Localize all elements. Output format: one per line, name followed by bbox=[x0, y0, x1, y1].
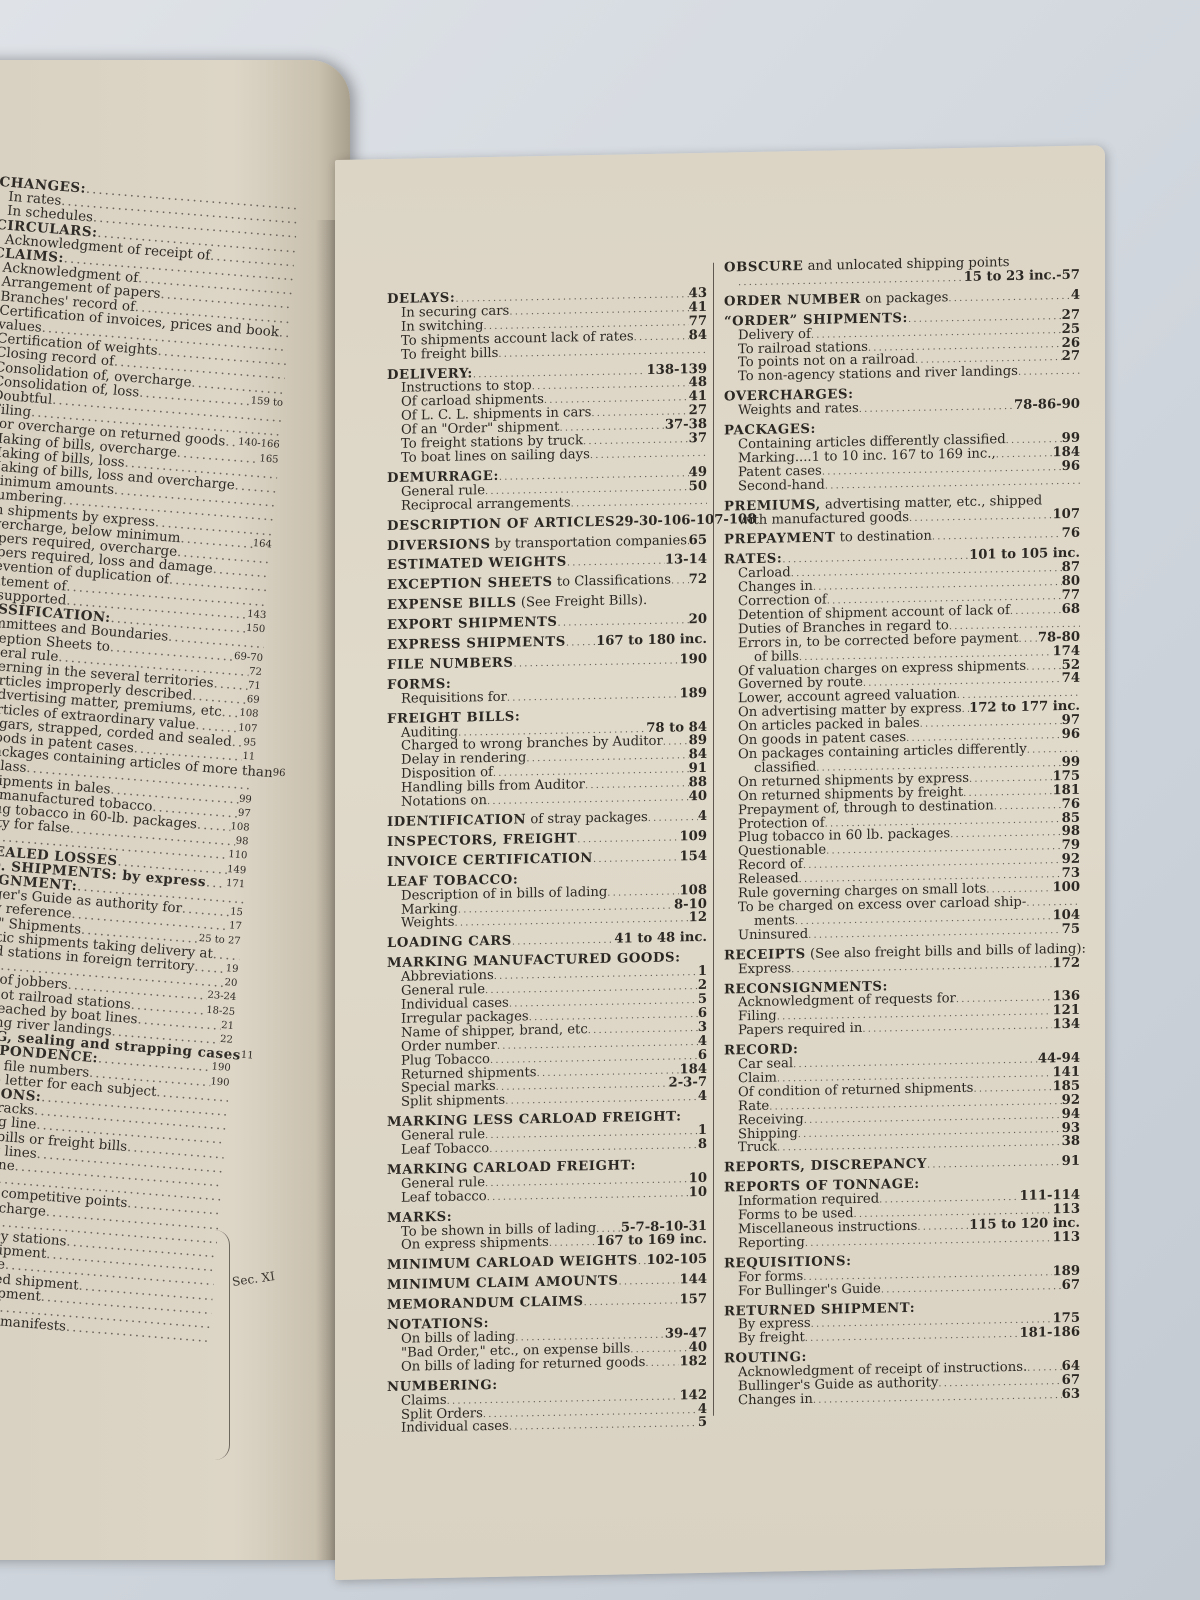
page-ref: 154 bbox=[679, 851, 707, 864]
index-entry: REPORTS, DISCREPANCY 91 bbox=[724, 1156, 1080, 1177]
page-ref: 6 bbox=[698, 1049, 707, 1062]
leader-dots bbox=[509, 1418, 698, 1435]
leader-dots bbox=[205, 875, 226, 891]
page-ref: 69 bbox=[246, 693, 260, 708]
leader-dots bbox=[645, 1357, 679, 1371]
leader-dots bbox=[225, 435, 239, 450]
subentry-text: Second-hand bbox=[738, 479, 825, 494]
index-entry: FORMS: Requisitions for 189 bbox=[387, 674, 707, 708]
index-entry: RECORD: Car seal 44-94 Claim 141 Of cond… bbox=[724, 1039, 1080, 1157]
index-heading-row: INVOICE CERTIFICATION 154 bbox=[387, 851, 707, 871]
page-ref: 27 bbox=[1062, 309, 1080, 322]
index-entry: PACKAGES: Containing articles differentl… bbox=[724, 419, 1080, 495]
leader-dots bbox=[607, 886, 679, 900]
leader-dots bbox=[927, 1157, 1062, 1172]
index-heading: INSPECTORS, FREIGHT bbox=[387, 831, 577, 850]
page-ref: 189 bbox=[679, 688, 707, 701]
subentry-list: Auditing 78 to 84 Charged to wrong branc… bbox=[387, 721, 707, 811]
page-ref: 149 bbox=[227, 863, 247, 879]
leader-dots bbox=[489, 1140, 698, 1157]
page-ref: 41 to 48 inc. bbox=[614, 932, 707, 947]
index-entry: RETURNED SHIPMENT: By express 175 By fre… bbox=[724, 1299, 1080, 1348]
index-entry: INSPECTORS, FREIGHT 109 bbox=[387, 831, 707, 851]
page-ref: 143 bbox=[247, 608, 267, 624]
leader-dots bbox=[917, 1221, 969, 1235]
leader-dots bbox=[879, 1192, 1019, 1208]
index-heading-row: EXPENSE BILLS (See Freight Bills). bbox=[387, 594, 707, 614]
index-heading-row: INSPECTORS, FREIGHT 109 bbox=[387, 831, 707, 851]
page-ref: 8 bbox=[698, 1139, 707, 1152]
index-heading: EXPRESS SHIPMENTS bbox=[387, 635, 566, 653]
page-ref: 76 bbox=[1062, 798, 1080, 811]
index-entry: OBSCURE and unlocated shipping points 15… bbox=[724, 256, 1080, 291]
page-ref: 76 bbox=[1062, 528, 1080, 541]
subentry-list: Instructions to stop 48 Of carload shipm… bbox=[387, 377, 707, 467]
page-ref: 171 bbox=[225, 877, 245, 893]
index-entry: EXPRESS SHIPMENTS 167 to 180 inc. bbox=[387, 634, 707, 654]
leader-dots bbox=[962, 704, 969, 717]
subentry-text: To non-agency stations and river landing… bbox=[738, 366, 1018, 384]
leader-dots bbox=[813, 1390, 1062, 1408]
page-ref: 172 bbox=[1052, 957, 1080, 970]
index-subentry: On express shipments 167 to 169 inc. bbox=[387, 1234, 707, 1254]
page-ref: 71 bbox=[247, 679, 261, 694]
page-ref: 167 to 180 inc. bbox=[596, 634, 707, 649]
index-entry: MEMORANDUM CLAIMS 157 bbox=[387, 1294, 707, 1314]
leader-dots bbox=[948, 291, 1070, 306]
page-ref: 95 bbox=[243, 736, 257, 751]
index-entry: MARKING LESS CARLOAD FREIGHT: General ru… bbox=[387, 1111, 707, 1159]
index-subentry: To boat lines on sailing days bbox=[387, 447, 707, 467]
index-heading-qualifier: on packages bbox=[861, 290, 948, 307]
subentry-list: Car seal 44-94 Claim 141 Of condition of… bbox=[724, 1053, 1080, 1157]
page-ref: 27 bbox=[1062, 351, 1080, 364]
subentry-list: On bills of lading 39-47 "Bad Order," et… bbox=[387, 1328, 707, 1376]
index-subentry: Notations on 40 bbox=[387, 791, 707, 811]
index-entry: INVOICE CERTIFICATION 154 bbox=[387, 851, 707, 871]
leader-dots bbox=[1018, 366, 1080, 380]
page-ref: 100 bbox=[1052, 882, 1080, 895]
page-ref: 25 bbox=[1062, 323, 1080, 336]
page-ref: 75 bbox=[1062, 923, 1080, 936]
page-ref: 10 bbox=[689, 1187, 707, 1200]
leader-dots bbox=[571, 496, 707, 512]
subentry-text: To boat lines on sailing days bbox=[401, 449, 590, 466]
page-ref: 20 bbox=[689, 614, 707, 627]
subentry-list: Claims 142 Split Orders 4 Individual cas… bbox=[387, 1389, 707, 1437]
subentry-text: On bills of lading for returned goods bbox=[401, 1357, 645, 1375]
page-ref: 5 bbox=[698, 1417, 707, 1430]
leader-dots bbox=[593, 852, 680, 867]
index-heading-row: MINIMUM CLAIM AMOUNTS 144 bbox=[387, 1274, 707, 1294]
page-ref: 98 bbox=[235, 835, 249, 850]
leader-dots bbox=[278, 325, 289, 340]
subentry-text: By freight bbox=[738, 1332, 805, 1346]
index-entry: OVERCHARGES: Weights and rates 78-86-90 bbox=[724, 385, 1080, 420]
leader-dots bbox=[549, 1237, 596, 1251]
page-ref: 107 bbox=[1052, 508, 1080, 521]
page-ref: 134 bbox=[1052, 1019, 1080, 1032]
subentry-text: Express bbox=[738, 963, 791, 977]
page-ref: 109 bbox=[679, 831, 707, 844]
leader-dots bbox=[590, 448, 707, 463]
subentry-list: Acknowledgment of receipt of instruction… bbox=[724, 1361, 1080, 1410]
page-ref: 190 bbox=[211, 1061, 231, 1077]
index-entry: MARKING CARLOAD FREIGHT: General rule 10… bbox=[387, 1159, 707, 1207]
subentry-text: with manufactured goods bbox=[738, 511, 909, 527]
page-ref: 15 bbox=[230, 906, 244, 921]
leader-dots bbox=[1027, 1362, 1061, 1376]
subentry-list: Description of in bills of lading 108 Ma… bbox=[387, 884, 707, 932]
subentry-list: Requisitions for 189 bbox=[387, 688, 707, 708]
leader-dots bbox=[859, 401, 1014, 417]
leader-dots bbox=[1010, 605, 1062, 619]
subentry-text: Truck bbox=[738, 1142, 777, 1156]
index-heading: ESTIMATED WEIGHTS bbox=[387, 555, 567, 573]
leader-dots bbox=[558, 615, 689, 630]
page-ref: 4 bbox=[698, 811, 707, 824]
index-entry: LOADING CARS 41 to 48 inc. bbox=[387, 932, 707, 952]
index-heading: MINIMUM CLAIM AMOUNTS bbox=[387, 1274, 618, 1293]
page-ref: 6 bbox=[698, 1008, 707, 1021]
leader-dots bbox=[932, 529, 1062, 544]
leader-dots bbox=[648, 812, 698, 826]
index-heading-row: DIVERSIONS by transportation companies 6… bbox=[387, 534, 707, 554]
leader-dots bbox=[513, 655, 679, 671]
page-ref: 72 bbox=[248, 665, 262, 680]
bracket-mark bbox=[215, 1230, 230, 1460]
subentry-list: Weights and rates 78-86-90 bbox=[724, 399, 1080, 420]
leader-dots bbox=[512, 935, 614, 950]
page-ref: 4 bbox=[1071, 290, 1080, 303]
subentry-text: On express shipments bbox=[401, 1237, 549, 1253]
index-subentry: To freight bills bbox=[387, 343, 707, 363]
leader-dots bbox=[567, 556, 665, 571]
subentry-text: Papers required in bbox=[738, 1023, 862, 1038]
subentry-text: Reporting bbox=[738, 1237, 805, 1251]
leader-dots bbox=[738, 273, 964, 290]
index-heading: MEMORANDUM CLAIMS bbox=[387, 1294, 584, 1313]
subentry-list: In securing cars 41 In switching 77 To s… bbox=[387, 302, 707, 364]
page-ref: 110 bbox=[228, 848, 248, 864]
index-entry: FILE NUMBERS 190 bbox=[387, 654, 707, 674]
index-heading-row: ORDER NUMBER on packages 4 bbox=[724, 290, 1080, 311]
index-subentry: Reciprocal arrangements bbox=[387, 495, 707, 515]
subentry-text: Leaf Tobacco bbox=[401, 1143, 489, 1158]
index-heading-row: EXPORT SHIPMENTS 20 bbox=[387, 614, 707, 634]
index-heading: EXCEPTION SHEETS bbox=[387, 575, 553, 593]
index-entry: NOTATIONS: On bills of lading 39-47 "Bad… bbox=[387, 1314, 707, 1376]
subentry-text: Weights and rates bbox=[738, 403, 859, 418]
index-heading-row: EXPRESS SHIPMENTS 167 to 180 inc. bbox=[387, 634, 707, 654]
subentry-text: Split shipments bbox=[401, 1095, 505, 1110]
page-ref: 182 bbox=[679, 1356, 707, 1369]
index-subentry: Requisitions for 189 bbox=[387, 688, 707, 708]
index-heading: ORDER NUMBER bbox=[724, 292, 861, 310]
index-entry: ROUTING: Acknowledgment of receipt of in… bbox=[724, 1347, 1080, 1409]
page-ref: 20 bbox=[224, 976, 238, 991]
page-ref: 11 bbox=[240, 1049, 254, 1064]
index-heading-row: MEMORANDUM CLAIMS 157 bbox=[387, 1294, 707, 1314]
index-column-left: DELAYS: 43 In securing cars 41 In switch… bbox=[387, 288, 707, 1443]
index-heading-qualifier: by transportation companies bbox=[491, 533, 687, 552]
page-ref: 102-105 bbox=[646, 1254, 707, 1268]
index-entry: MINIMUM CARLOAD WEIGHTS 102-105 bbox=[387, 1254, 707, 1274]
page-ref: 15 to 23 inc.-57 bbox=[964, 270, 1080, 285]
index-heading: IDENTIFICATION bbox=[387, 812, 526, 830]
subentry-text: Uninsured bbox=[738, 929, 808, 943]
index-heading: PREPAYMENT bbox=[724, 531, 835, 548]
subentry-text: Reciprocal arrangements bbox=[401, 497, 571, 513]
leader-dots bbox=[498, 344, 707, 361]
page-ref: 157 bbox=[679, 1294, 707, 1307]
page-ref: 74 bbox=[1062, 673, 1080, 686]
left-page: CHANGES: In rates In schedules CIRCULARS… bbox=[0, 60, 350, 1560]
leader-dots bbox=[1019, 633, 1038, 646]
index-entry: MARKS: To be shown in bills of lading 5-… bbox=[387, 1207, 707, 1255]
leader-dots bbox=[507, 689, 680, 705]
subentry-list: To be shown in bills of lading 5-7-8-10-… bbox=[387, 1220, 707, 1254]
page-ref: 4 bbox=[698, 1036, 707, 1049]
index-subentry: On bills of lading for returned goods 18… bbox=[387, 1356, 707, 1376]
subentry-text: Notations on bbox=[401, 795, 487, 810]
leader-dots bbox=[805, 1329, 1020, 1346]
leader-dots bbox=[584, 1296, 680, 1311]
page-ref: 40 bbox=[689, 791, 707, 804]
leader-dots bbox=[1026, 661, 1062, 675]
index-heading: MINIMUM CARLOAD WEIGHTS bbox=[387, 1254, 638, 1274]
page-ref: 190 bbox=[679, 654, 707, 667]
page-ref: 94 bbox=[1062, 1108, 1080, 1121]
index-entry: ESTIMATED WEIGHTS 13-14 bbox=[387, 554, 707, 574]
index-entry: DESCRIPTION OF ARTICLES 29-30-106-107-10… bbox=[387, 514, 707, 534]
page-ref: 37 bbox=[689, 433, 707, 446]
page-ref: 63 bbox=[1062, 1389, 1080, 1402]
leader-dots bbox=[634, 331, 689, 345]
index-heading-row: FILE NUMBERS 190 bbox=[387, 654, 707, 674]
index-entry: NUMBERING: Claims 142 Split Orders 4 Ind… bbox=[387, 1376, 707, 1438]
index-heading: INVOICE CERTIFICATION bbox=[387, 851, 593, 870]
index-entry: MARKING MANUFACTURED GOODS: Abbreviation… bbox=[387, 952, 707, 1111]
index-heading-row: PREPAYMENT to destination 76 bbox=[724, 528, 1080, 549]
page-ref: 84 bbox=[689, 330, 707, 343]
page-ref: 142 bbox=[679, 1389, 707, 1402]
leader-dots bbox=[881, 1281, 1062, 1297]
index-heading: DIVERSIONS bbox=[387, 537, 491, 554]
page-ref: 38 bbox=[1062, 1136, 1080, 1149]
index-entry: EXPENSE BILLS (See Freight Bills). bbox=[387, 594, 707, 614]
subentry-text: Weights bbox=[401, 917, 455, 931]
page-ref: 72 bbox=[689, 574, 707, 587]
page-ref: 68 bbox=[1062, 604, 1080, 617]
page-ref: 181-186 bbox=[1019, 1327, 1080, 1341]
index-entry: DIVERSIONS by transportation companies 6… bbox=[387, 534, 707, 554]
leader-dots bbox=[577, 832, 679, 847]
leader-dots bbox=[805, 1233, 1053, 1251]
index-heading: RECEIPTS bbox=[724, 947, 806, 964]
page-ref: 108 bbox=[230, 820, 250, 836]
page-ref: 164 bbox=[252, 537, 272, 553]
index-heading-qualifier: to Classifications bbox=[553, 573, 671, 590]
leader-dots bbox=[973, 1082, 1052, 1096]
index-entry: RECONSIGNMENTS: Acknowledgment of reques… bbox=[724, 977, 1080, 1039]
index-entry: PREPAYMENT to destination 76 bbox=[724, 528, 1080, 549]
page-ref: 65 bbox=[689, 534, 707, 547]
page-ref: 92 bbox=[1062, 1094, 1080, 1107]
index-entry: DELAYS: 43 In securing cars 41 In switch… bbox=[387, 288, 707, 364]
subentry-text: For Bullinger's Guide bbox=[738, 1283, 881, 1299]
page-ref: 67 bbox=[1062, 1279, 1080, 1292]
index-entry: EXCEPTION SHEETS to Classifications 72 bbox=[387, 574, 707, 594]
subentry-list: Acknowledgment of requests for 136 Filin… bbox=[724, 991, 1080, 1040]
left-page-index: CHANGES: In rates In schedules CIRCULARS… bbox=[0, 175, 299, 1345]
index-entry: RATES: 101 to 105 inc. Carload 87 Change… bbox=[724, 548, 1080, 944]
leader-dots bbox=[862, 1020, 1052, 1037]
index-heading-row: DESCRIPTION OF ARTICLES 29-30-106-107-10… bbox=[387, 514, 707, 534]
index-column-right: OBSCURE and unlocated shipping points 15… bbox=[713, 256, 1080, 1416]
leader-dots bbox=[638, 1256, 647, 1269]
subentry-list: Delivery of 25 To railroad stations 26 T… bbox=[724, 323, 1080, 385]
subentry-list: General rule 50 Reciprocal arrangements bbox=[387, 481, 707, 515]
subentry-text: Requisitions for bbox=[401, 691, 507, 706]
page-ref: 96 bbox=[1062, 460, 1080, 473]
leader-dots bbox=[487, 792, 689, 809]
subentry-list: By express 175 By freight 181-186 bbox=[724, 1313, 1080, 1348]
index-heading: LOADING CARS bbox=[387, 934, 512, 951]
leader-dots bbox=[920, 716, 1062, 732]
page-ref: 19 bbox=[225, 962, 239, 977]
subentry-list: General rule 10 Leaf tobacco 10 bbox=[387, 1173, 707, 1207]
leader-dots bbox=[909, 510, 1052, 526]
subentry-list: Carload 87 Changes in 80 Correction of 7… bbox=[724, 562, 1080, 944]
index-heading: EXPENSE BILLS bbox=[387, 596, 517, 613]
index-entry: DEMURRAGE: 49 General rule 50 Reciprocal… bbox=[387, 467, 707, 515]
leader-dots bbox=[996, 448, 1053, 462]
index-entry: FREIGHT BILLS: Auditing 78 to 84 Charged… bbox=[387, 708, 707, 811]
index-heading: FILE NUMBERS bbox=[387, 656, 513, 673]
page-ref: 167 to 169 inc. bbox=[596, 1234, 707, 1249]
page-ref: 108 bbox=[679, 884, 707, 897]
subentry-text: To freight bills bbox=[401, 347, 498, 362]
index-heading-qualifier: of stray packages bbox=[526, 810, 648, 827]
index-entry: ORDER NUMBER on packages 4 bbox=[724, 290, 1080, 311]
index-heading: REPORTS, DISCREPANCY bbox=[724, 1157, 927, 1176]
index-entry: REQUISITIONS: For forms 189 For Bullinge… bbox=[724, 1252, 1080, 1301]
index-heading-row: ESTIMATED WEIGHTS 13-14 bbox=[387, 554, 707, 574]
subentry-list: Abbreviations 1 General rule 2 Individua… bbox=[387, 966, 707, 1111]
index-heading: OBSCURE bbox=[724, 259, 803, 276]
page-ref: 107 bbox=[238, 721, 258, 737]
index-entry: DELIVERY: 138-139 Instructions to stop 4… bbox=[387, 363, 707, 466]
leader-dots bbox=[505, 1092, 698, 1109]
index-subentry: Weights and rates 78-86-90 bbox=[724, 399, 1080, 420]
index-heading-row: REPORTS, DISCREPANCY 91 bbox=[724, 1156, 1080, 1177]
leader-dots bbox=[585, 778, 689, 793]
margin-note: Sec. XI bbox=[231, 1269, 275, 1289]
index-subentry: Reporting 113 bbox=[724, 1232, 1080, 1253]
index-heading-row: MINIMUM CARLOAD WEIGHTS 102-105 bbox=[387, 1254, 707, 1274]
index-entry: IDENTIFICATION of stray packages 4 bbox=[387, 811, 707, 831]
page-ref: 165 bbox=[259, 452, 279, 468]
leader-dots bbox=[950, 827, 1062, 842]
page-ref: 4 bbox=[698, 1091, 707, 1104]
page-ref: 78-86-90 bbox=[1014, 399, 1080, 413]
page-ref: 3 bbox=[698, 1022, 707, 1035]
leader-dots bbox=[956, 993, 1053, 1008]
index-heading: EXPORT SHIPMENTS bbox=[387, 615, 558, 633]
leader-dots bbox=[969, 772, 1052, 787]
page-ref: 17 bbox=[228, 920, 242, 935]
leader-dots bbox=[588, 1023, 698, 1038]
subentry-list: For forms 189 For Bullinger's Guide 67 bbox=[724, 1265, 1080, 1300]
index-heading-row: LOADING CARS 41 to 48 inc. bbox=[387, 932, 707, 952]
page-ref: 190 bbox=[210, 1075, 230, 1091]
index-heading-qualifier: (See Freight Bills). bbox=[517, 593, 648, 611]
page-ref: 150 bbox=[245, 622, 265, 638]
subentry-text: Leaf tobacco bbox=[401, 1191, 487, 1206]
leader-dots bbox=[994, 800, 1062, 814]
index-entry: REPORTS OF TONNAGE: Information required… bbox=[724, 1176, 1080, 1252]
index-entry: RECEIPTS (See also freight bills and bil… bbox=[724, 943, 1080, 978]
index-heading-row: EXCEPTION SHEETS to Classifications 72 bbox=[387, 574, 707, 594]
page-ref: 91 bbox=[1062, 1156, 1080, 1169]
right-page: DELAYS: 43 In securing cars 41 In switch… bbox=[335, 145, 1105, 1580]
page-ref: 113 bbox=[1052, 1232, 1080, 1245]
leader-dots bbox=[583, 434, 689, 449]
index-heading-qualifier: to destination bbox=[835, 529, 931, 546]
index-heading-row: IDENTIFICATION of stray packages 4 bbox=[387, 811, 707, 831]
leader-dots bbox=[663, 737, 689, 750]
subentry-list: Information required 111-114 Forms to be… bbox=[724, 1190, 1080, 1252]
page-ref: 12 bbox=[689, 912, 707, 925]
index-subentry: To non-agency stations and river landing… bbox=[724, 365, 1080, 386]
page-ref: 96 bbox=[1062, 729, 1080, 742]
page-ref: 21 bbox=[221, 1019, 235, 1034]
page-ref: 99 bbox=[238, 792, 252, 807]
index-entry: LEAF TOBACCO: Description of in bills of… bbox=[387, 871, 707, 933]
index-entry: “ORDER” SHIPMENTS: 27 Delivery of 25 To … bbox=[724, 309, 1080, 385]
index-entry: MINIMUM CLAIM AMOUNTS 144 bbox=[387, 1274, 707, 1294]
page-ref: 144 bbox=[679, 1274, 707, 1287]
page-ref: 50 bbox=[689, 481, 707, 494]
leader-dots bbox=[221, 705, 240, 721]
subentry-list: General rule 1 Leaf Tobacco 8 bbox=[387, 1125, 707, 1159]
subentry-text: Changes in bbox=[738, 1394, 813, 1408]
index-heading: DESCRIPTION OF ARTICLES bbox=[387, 514, 615, 533]
subentry-text: Individual cases bbox=[401, 1421, 509, 1436]
leader-dots bbox=[618, 1276, 679, 1290]
index-entry: EXPORT SHIPMENTS 20 bbox=[387, 614, 707, 634]
page-ref: 96 bbox=[272, 766, 286, 781]
page-ref: 108 bbox=[239, 707, 259, 723]
leader-dots bbox=[566, 637, 596, 650]
leader-dots bbox=[487, 1188, 689, 1205]
page-ref: 13-14 bbox=[665, 554, 707, 568]
leader-dots bbox=[938, 1376, 1061, 1391]
subentry-list: Containing articles differently classifi… bbox=[724, 433, 1080, 495]
leader-dots bbox=[671, 576, 689, 589]
leader-dots bbox=[791, 959, 1052, 977]
index-subentry: Changes in 63 bbox=[724, 1389, 1080, 1410]
index-entry: PREMIUMS, advertising matter, etc., ship… bbox=[724, 494, 1080, 529]
page-ref: 97 bbox=[237, 806, 251, 821]
